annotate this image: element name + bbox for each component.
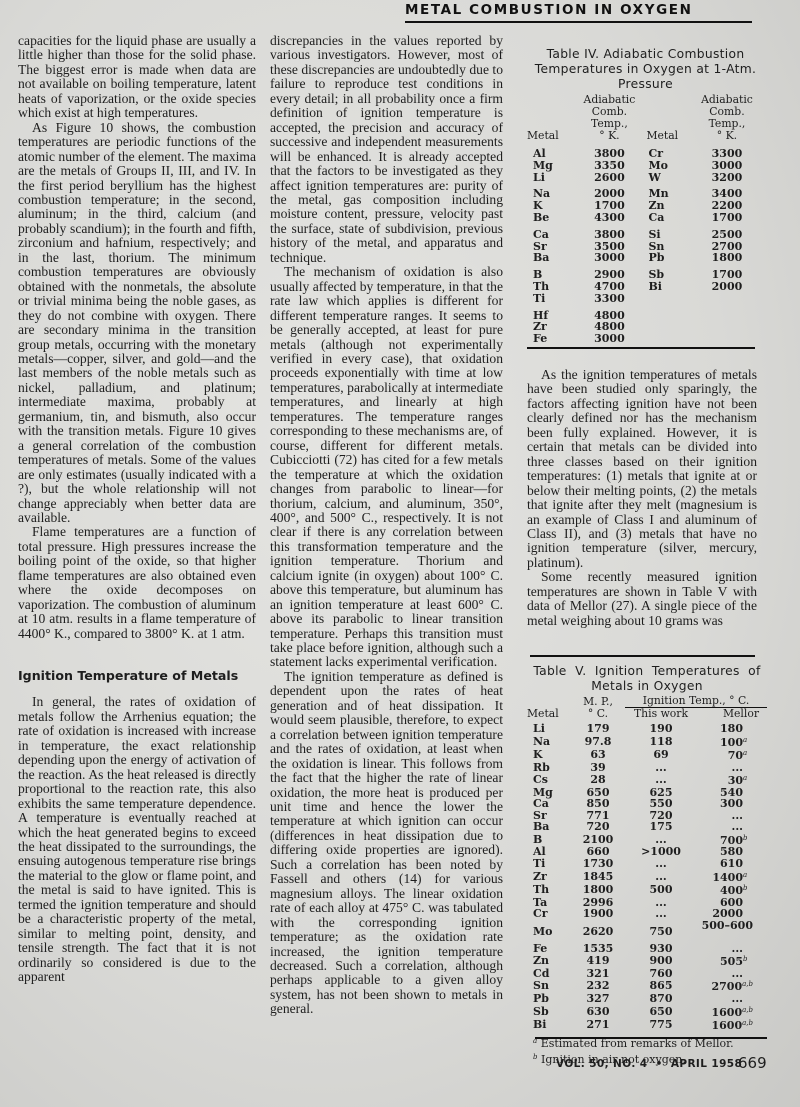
table-row: Zr1845...1400a <box>527 870 767 884</box>
this-work-cell: ... <box>625 858 697 870</box>
metal-cell: Sb <box>527 1005 571 1019</box>
metal-cell: Fe <box>527 943 571 955</box>
melting-point-cell: 2100 <box>571 833 625 847</box>
header-line: ° C. <box>571 708 625 720</box>
this-work-cell: 760 <box>625 968 697 980</box>
metal-cell <box>646 305 689 322</box>
paragraph: As Figure 10 shows, the combustion tempe… <box>18 121 256 526</box>
metal-cell: Na <box>527 183 572 200</box>
table-row: Pb327870... <box>527 993 767 1005</box>
table-v-top-rule <box>530 655 755 657</box>
table-row: Bi2717751600a,b <box>527 1018 767 1032</box>
temp-cell <box>690 321 764 333</box>
footnote-ref: a,b <box>742 979 753 991</box>
footnote-mark: b <box>533 1053 537 1061</box>
melting-point-cell: 271 <box>571 1018 625 1032</box>
temp-cell: 3200 <box>690 172 764 184</box>
column-header-temp: Adiabatic Comb. Temp., ° K. <box>572 94 646 142</box>
this-work-cell: ... <box>625 908 697 920</box>
column-3: As the ignition temperatures of metals h… <box>527 368 757 628</box>
temp-cell: 2000 <box>690 281 764 293</box>
mellor-value: 100 <box>720 736 743 749</box>
temp-cell: 2500 <box>690 224 764 241</box>
footnote-ref: b <box>743 954 753 966</box>
melting-point-cell: 419 <box>571 954 625 968</box>
temp-cell: 3400 <box>690 183 764 200</box>
metal-cell: Bi <box>646 281 689 293</box>
metal-cell: Cs <box>527 773 571 787</box>
metal-cell: Ba <box>527 252 572 264</box>
this-work-cell: ... <box>625 762 697 774</box>
metal-cell: Cd <box>527 968 571 980</box>
paragraph: The ignition temperature as defined is d… <box>270 670 503 1017</box>
temp-cell: 2600 <box>572 172 646 184</box>
table-row: Hf4800 <box>527 305 764 322</box>
column-1: capacities for the liquid phase are usua… <box>18 34 256 985</box>
melting-point-cell: 63 <box>571 748 625 762</box>
column-header-metal: Metal <box>527 94 572 142</box>
this-work-cell: 865 <box>625 979 697 993</box>
footnote-ref: a,b <box>742 1005 753 1017</box>
metal-cell: Th <box>527 883 571 897</box>
metal-cell: Be <box>527 212 572 224</box>
column-header-mellor: Mellor <box>697 708 767 721</box>
footnote-ref: a <box>743 870 753 882</box>
table-title-line: Pressure <box>527 77 764 92</box>
mellor-cell: ... <box>697 821 767 833</box>
melting-point-cell: 232 <box>571 979 625 993</box>
melting-point-cell: 179 <box>571 723 625 735</box>
this-work-cell: 870 <box>625 993 697 1005</box>
table-row: Ti3300 <box>527 293 764 305</box>
table-v-grid: Metal M. P., ° C. Ignition Temp., ° C. T… <box>527 695 767 1032</box>
mellor-value: ... <box>732 820 744 833</box>
footnote-ref: a <box>743 773 753 785</box>
metal-cell: Ca <box>646 212 689 224</box>
metal-cell: Ti <box>527 293 572 305</box>
metal-cell: Mg <box>527 160 572 172</box>
table-row: Sb6306501600a,b <box>527 1005 767 1019</box>
table-row: Mg3350Mo3000 <box>527 160 764 172</box>
footnote-ref: b <box>743 833 753 845</box>
table-v-bottom-rule <box>535 1037 767 1039</box>
header-rule <box>405 21 752 23</box>
page-number: 669 <box>738 1054 767 1072</box>
metal-cell: W <box>646 172 689 184</box>
table-row: Mo2620750500–600 <box>527 920 767 943</box>
table-v-title: Table V. Ignition Temperatures of Metals… <box>527 664 767 694</box>
metal-cell: Ba <box>527 821 571 833</box>
metal-cell: Fe <box>527 333 572 345</box>
mellor-value: ... <box>732 992 744 1005</box>
melting-point-cell: 2620 <box>571 920 625 943</box>
table-row: Li179190180 <box>527 723 767 735</box>
paragraph: discrepancies in the values reported by … <box>270 34 503 265</box>
journal-page: METAL COMBUSTION IN OXYGEN capacities fo… <box>0 0 800 1107</box>
mellor-cell: 180 <box>697 723 767 735</box>
metal-cell: Pb <box>527 993 571 1005</box>
column-2: discrepancies in the values reported by … <box>270 34 503 1017</box>
metal-cell: Mn <box>646 183 689 200</box>
header-line: ° K. <box>572 130 646 142</box>
table-row: Na97.8118100a <box>527 735 767 749</box>
metal-cell: Sn <box>527 979 571 993</box>
metal-cell: Zn <box>527 954 571 968</box>
temp-cell: 3350 <box>572 160 646 172</box>
temp-cell: 2900 <box>572 264 646 281</box>
mellor-value: 180 <box>720 722 743 735</box>
temp-cell: 3000 <box>690 160 764 172</box>
metal-cell: Li <box>527 172 572 184</box>
table-v: Table V. Ignition Temperatures of Metals… <box>527 664 767 1066</box>
this-work-cell: ... <box>625 833 697 847</box>
table-row: Li2600W3200 <box>527 172 764 184</box>
this-work-cell: 650 <box>625 1005 697 1019</box>
table-row: B2900Sb1700 <box>527 264 764 281</box>
paragraph: As the ignition temperatures of metals h… <box>527 368 757 570</box>
temp-cell: 1700 <box>690 212 764 224</box>
footnote-ref: a <box>743 735 753 747</box>
section-heading: Ignition Temperature of Metals <box>18 669 256 683</box>
table-header-row: Metal M. P., ° C. Ignition Temp., ° C. <box>527 695 767 708</box>
metal-cell: Sb <box>646 264 689 281</box>
column-header-metal: Metal <box>646 94 689 142</box>
mellor-cell: 100a <box>697 735 767 749</box>
metal-cell: Ti <box>527 858 571 870</box>
melting-point-cell: 327 <box>571 993 625 1005</box>
table-iv-body: Al3800Cr3300Mg3350Mo3000Li2600W3200Na200… <box>527 148 764 345</box>
table-row: K636970a <box>527 748 767 762</box>
table-iv-bottom-rule <box>527 347 755 349</box>
metal-cell: Rb <box>527 762 571 774</box>
this-work-cell: 900 <box>625 954 697 968</box>
mellor-value: ... <box>732 967 744 980</box>
mellor-cell: 700b <box>697 833 767 847</box>
melting-point-cell: 97.8 <box>571 735 625 749</box>
table-title-line: Table IV. Adiabatic Combustion <box>527 47 764 62</box>
mellor-value: 1600 <box>711 1006 742 1019</box>
temp-cell: 3000 <box>572 333 646 345</box>
metal-cell: Bi <box>527 1018 571 1032</box>
metal-cell: Na <box>527 735 571 749</box>
table-row: Ba3000Pb1800 <box>527 252 764 264</box>
this-work-cell: 930 <box>625 943 697 955</box>
table-row: Na2000Mn3400 <box>527 183 764 200</box>
paragraph: The mechanism of oxidation is also usual… <box>270 265 503 670</box>
mellor-cell: 1600a,b <box>697 1005 767 1019</box>
melting-point-cell: 1845 <box>571 870 625 884</box>
table-iv: Table IV. Adiabatic Combustion Temperatu… <box>527 47 764 345</box>
mellor-cell: 400b <box>697 883 767 897</box>
metal-cell: B <box>527 264 572 281</box>
table-row: Ti1730...610 <box>527 858 767 870</box>
mellor-cell: 610 <box>697 858 767 870</box>
mellor-cell: 505b <box>697 954 767 968</box>
table-title-line: Metals in Oxygen <box>527 679 767 694</box>
metal-cell: Cr <box>527 908 571 920</box>
table-header-row: Metal Adiabatic Comb. Temp., ° K. Metal … <box>527 94 764 142</box>
temp-cell: 3300 <box>572 293 646 305</box>
table-row: Ba720175... <box>527 821 767 833</box>
paragraph: In general, the rates of oxidation of me… <box>18 695 256 984</box>
this-work-cell: 118 <box>625 735 697 749</box>
column-header-mp: M. P., ° C. <box>571 695 625 720</box>
table-row: B2100...700b <box>527 833 767 847</box>
table-row: Ca3800Si2500 <box>527 224 764 241</box>
metal-cell <box>646 321 689 333</box>
mellor-value: ... <box>732 942 744 955</box>
temp-cell <box>690 305 764 322</box>
melting-point-cell: 720 <box>571 821 625 833</box>
column-header-metal: Metal <box>527 695 571 720</box>
mellor-value: 500–600 <box>702 919 753 932</box>
table-row: Zr4800 <box>527 321 764 333</box>
metal-cell: Hf <box>527 305 572 322</box>
table-row: Cd321760... <box>527 968 767 980</box>
mellor-cell: ... <box>697 943 767 955</box>
table-row: Rb39...... <box>527 762 767 774</box>
mellor-cell: ... <box>697 762 767 774</box>
metal-cell: K <box>527 748 571 762</box>
temp-cell: 1700 <box>690 264 764 281</box>
table-v-body: Li179190180Na97.8118100aK636970aRb39....… <box>527 723 767 1032</box>
footnote-ref: b <box>743 883 753 895</box>
column-group-ignition-temp: Ignition Temp., ° C. <box>625 695 767 708</box>
temp-cell: 4700 <box>572 281 646 293</box>
table-row: Th4700Bi2000 <box>527 281 764 293</box>
metal-cell: B <box>527 833 571 847</box>
temp-cell: 3000 <box>572 252 646 264</box>
metal-cell: Pb <box>646 252 689 264</box>
mellor-value: ... <box>732 761 744 774</box>
table-row: Fe1535930... <box>527 943 767 955</box>
this-work-cell: 775 <box>625 1018 697 1032</box>
paragraph: Flame temperatures are a function of tot… <box>18 525 256 641</box>
column-header-this-work: This work <box>625 708 697 721</box>
metal-cell: Si <box>646 224 689 241</box>
metal-cell <box>646 333 689 345</box>
table-row: Cs28...30a <box>527 773 767 787</box>
temp-cell: 1800 <box>690 252 764 264</box>
this-work-cell: 175 <box>625 821 697 833</box>
footnote-ref: a,b <box>742 1018 753 1030</box>
mellor-cell: 70a <box>697 748 767 762</box>
table-title-line: Table V. Ignition Temperatures of <box>527 664 767 679</box>
mellor-cell: ... <box>697 968 767 980</box>
mellor-cell: 30a <box>697 773 767 787</box>
this-work-cell: ... <box>625 870 697 884</box>
paragraph: Some recently measured ignition temperat… <box>527 570 757 628</box>
melting-point-cell: 28 <box>571 773 625 787</box>
table-row: Be4300Ca1700 <box>527 212 764 224</box>
melting-point-cell: 39 <box>571 762 625 774</box>
metal-cell: Li <box>527 723 571 735</box>
melting-point-cell: 1535 <box>571 943 625 955</box>
mellor-value: 1600 <box>711 1019 742 1032</box>
mellor-value: 1400 <box>712 871 743 884</box>
mellor-cell: 500–600 <box>697 920 767 943</box>
paragraph: capacities for the liquid phase are usua… <box>18 34 256 121</box>
mellor-cell: ... <box>697 993 767 1005</box>
melting-point-cell: 321 <box>571 968 625 980</box>
temp-cell: 3800 <box>572 224 646 241</box>
this-work-cell: ... <box>625 773 697 787</box>
metal-cell: Ca <box>527 224 572 241</box>
metal-cell: Zr <box>527 870 571 884</box>
temp-cell: 2000 <box>572 183 646 200</box>
table-row: Th1800500400b <box>527 883 767 897</box>
footnote-ref: a <box>743 748 753 760</box>
temp-cell: 4800 <box>572 305 646 322</box>
melting-point-cell: 630 <box>571 1005 625 1019</box>
mellor-value: 610 <box>720 857 743 870</box>
column-header-temp: Adiabatic Comb. Temp., ° K. <box>690 94 764 142</box>
temp-cell <box>690 333 764 345</box>
table-iv-title: Table IV. Adiabatic Combustion Temperatu… <box>527 47 764 92</box>
issue-info: VOL. 50, NO. 4 • APRIL 1958 <box>556 1058 742 1070</box>
temp-cell: 4300 <box>572 212 646 224</box>
melting-point-cell: 1800 <box>571 883 625 897</box>
this-work-cell: 750 <box>625 920 697 943</box>
mellor-cell: 1600a,b <box>697 1018 767 1032</box>
table-row: Fe3000 <box>527 333 764 345</box>
metal-cell <box>646 293 689 305</box>
table-iv-grid: Metal Adiabatic Comb. Temp., ° K. Metal … <box>527 94 764 345</box>
this-work-cell: 190 <box>625 723 697 735</box>
header-line: ° K. <box>690 130 764 142</box>
mellor-cell: 2700a,b <box>697 979 767 993</box>
metal-cell: Th <box>527 281 572 293</box>
metal-cell: Mo <box>646 160 689 172</box>
mellor-cell: 1400a <box>697 870 767 884</box>
melting-point-cell: 1730 <box>571 858 625 870</box>
running-title: METAL COMBUSTION IN OXYGEN <box>405 2 773 18</box>
temp-cell <box>690 293 764 305</box>
melting-point-cell: 1900 <box>571 908 625 920</box>
this-work-cell: 500 <box>625 883 697 897</box>
this-work-cell: 69 <box>625 748 697 762</box>
table-title-line: Temperatures in Oxygen at 1-Atm. <box>527 62 764 77</box>
table-row: Zn419900505b <box>527 954 767 968</box>
table-row: Sn2328652700a,b <box>527 979 767 993</box>
metal-cell: Mo <box>527 920 571 943</box>
